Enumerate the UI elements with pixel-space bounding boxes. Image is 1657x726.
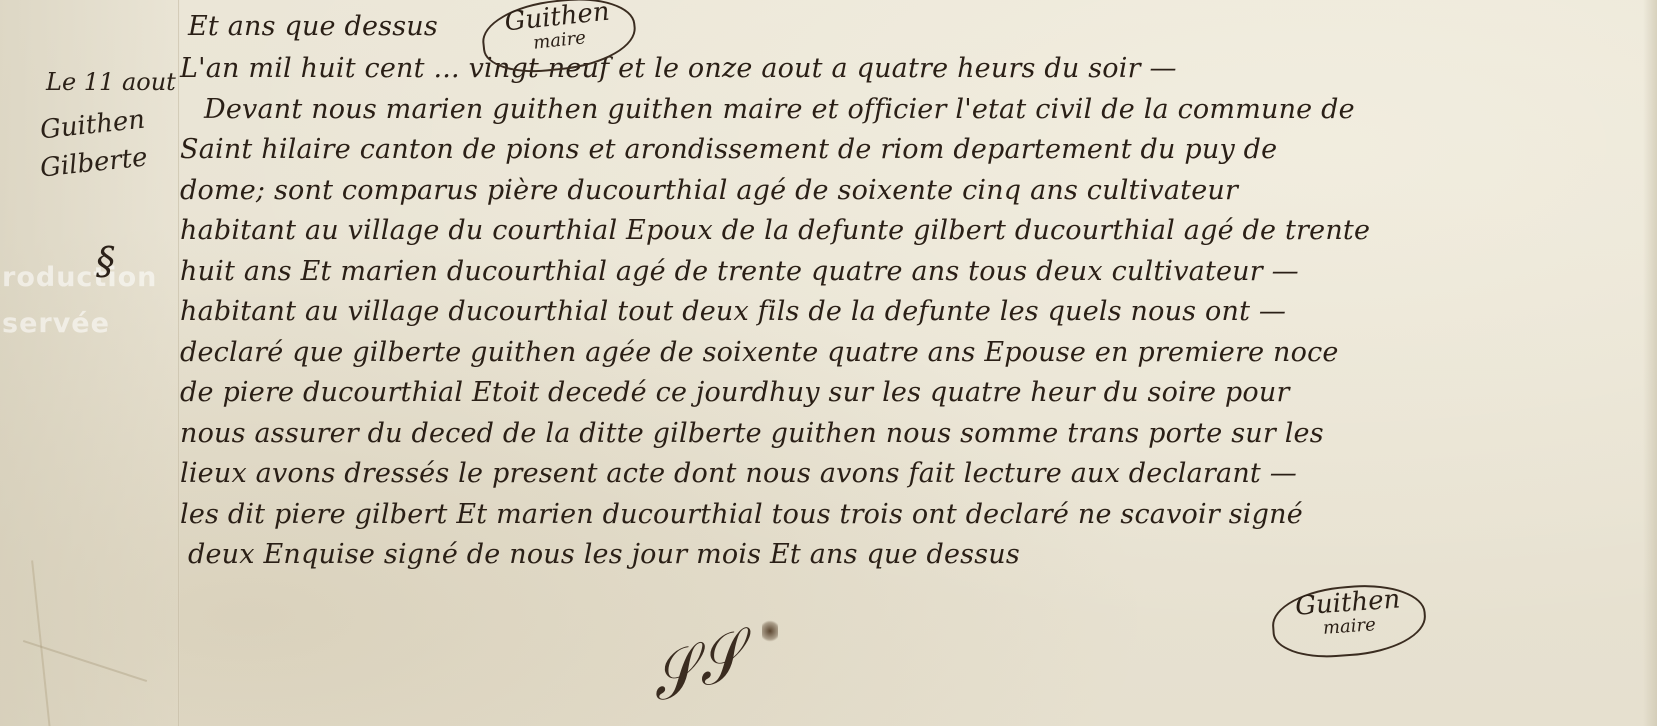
line-text: huit ans Et marien ducourthial agé de tr… <box>180 256 1299 287</box>
text-line: deux Enquise signé de nous les jour mois… <box>180 530 1650 571</box>
mayor-signature-bottom: Guithen maire <box>1270 581 1429 662</box>
line-text: Saint hilaire canton de pions et arondis… <box>180 134 1277 165</box>
line-text: dome; sont comparus pière ducourthial ag… <box>180 175 1238 206</box>
margin-rule <box>178 0 179 726</box>
text-line: les dit piere gilbert Et marien ducourth… <box>180 489 1650 530</box>
text-line: L'an mil huit cent ... vingt neuf et le … <box>180 42 1650 84</box>
text-line: huit ans Et marien ducourthial agé de tr… <box>180 246 1650 287</box>
text-line: dome; sont comparus pière ducourthial ag… <box>180 165 1650 206</box>
line-text: nous assurer du deced de la ditte gilber… <box>180 418 1324 449</box>
text-line: Devant nous marien guithen guithen maire… <box>180 84 1650 125</box>
line-text: habitant au village du courthial Epoux d… <box>180 215 1370 246</box>
ink-blot <box>762 618 778 644</box>
margin-section-mark: § <box>96 242 115 280</box>
line-text: de piere ducourthial Etoit decedé ce jou… <box>180 377 1290 408</box>
watermark-line-1: roduction <box>2 262 157 293</box>
paraph-flourish: 𝒮𝒮 <box>639 617 753 717</box>
watermark-line-2: servée <box>2 308 110 339</box>
text-line: lieux avons dressés le present acte dont… <box>180 449 1650 490</box>
line-text: Et ans que dessus <box>188 11 438 42</box>
margin-date: Le 11 aout <box>46 70 176 94</box>
line-text: Devant nous marien guithen guithen maire… <box>204 94 1355 125</box>
text-line: Saint hilaire canton de pions et arondis… <box>180 125 1650 166</box>
record-text: Et ans que dessus L'an mil huit cent ...… <box>180 4 1650 570</box>
text-line: habitant au village ducourthial tout deu… <box>180 287 1650 328</box>
text-line: Et ans que dessus <box>180 4 1650 42</box>
text-line: declaré que gilberte guithen agée de soi… <box>180 327 1650 368</box>
line-text: L'an mil huit cent ... vingt neuf et le … <box>180 53 1177 84</box>
line-text: habitant au village ducourthial tout deu… <box>180 296 1286 327</box>
line-text: deux Enquise signé de nous les jour mois… <box>188 539 1020 570</box>
line-text: declaré que gilberte guithen agée de soi… <box>180 337 1339 368</box>
line-text: les dit piere gilbert Et marien ducourth… <box>180 499 1303 530</box>
text-line: de piere ducourthial Etoit decedé ce jou… <box>180 368 1650 409</box>
left-margin <box>0 0 180 726</box>
text-line: habitant au village du courthial Epoux d… <box>180 206 1650 247</box>
document-page: roduction servée Le 11 aout Guithen Gilb… <box>0 0 1657 726</box>
line-text: lieux avons dressés le present acte dont… <box>180 458 1297 489</box>
text-line: nous assurer du deced de la ditte gilber… <box>180 408 1650 449</box>
